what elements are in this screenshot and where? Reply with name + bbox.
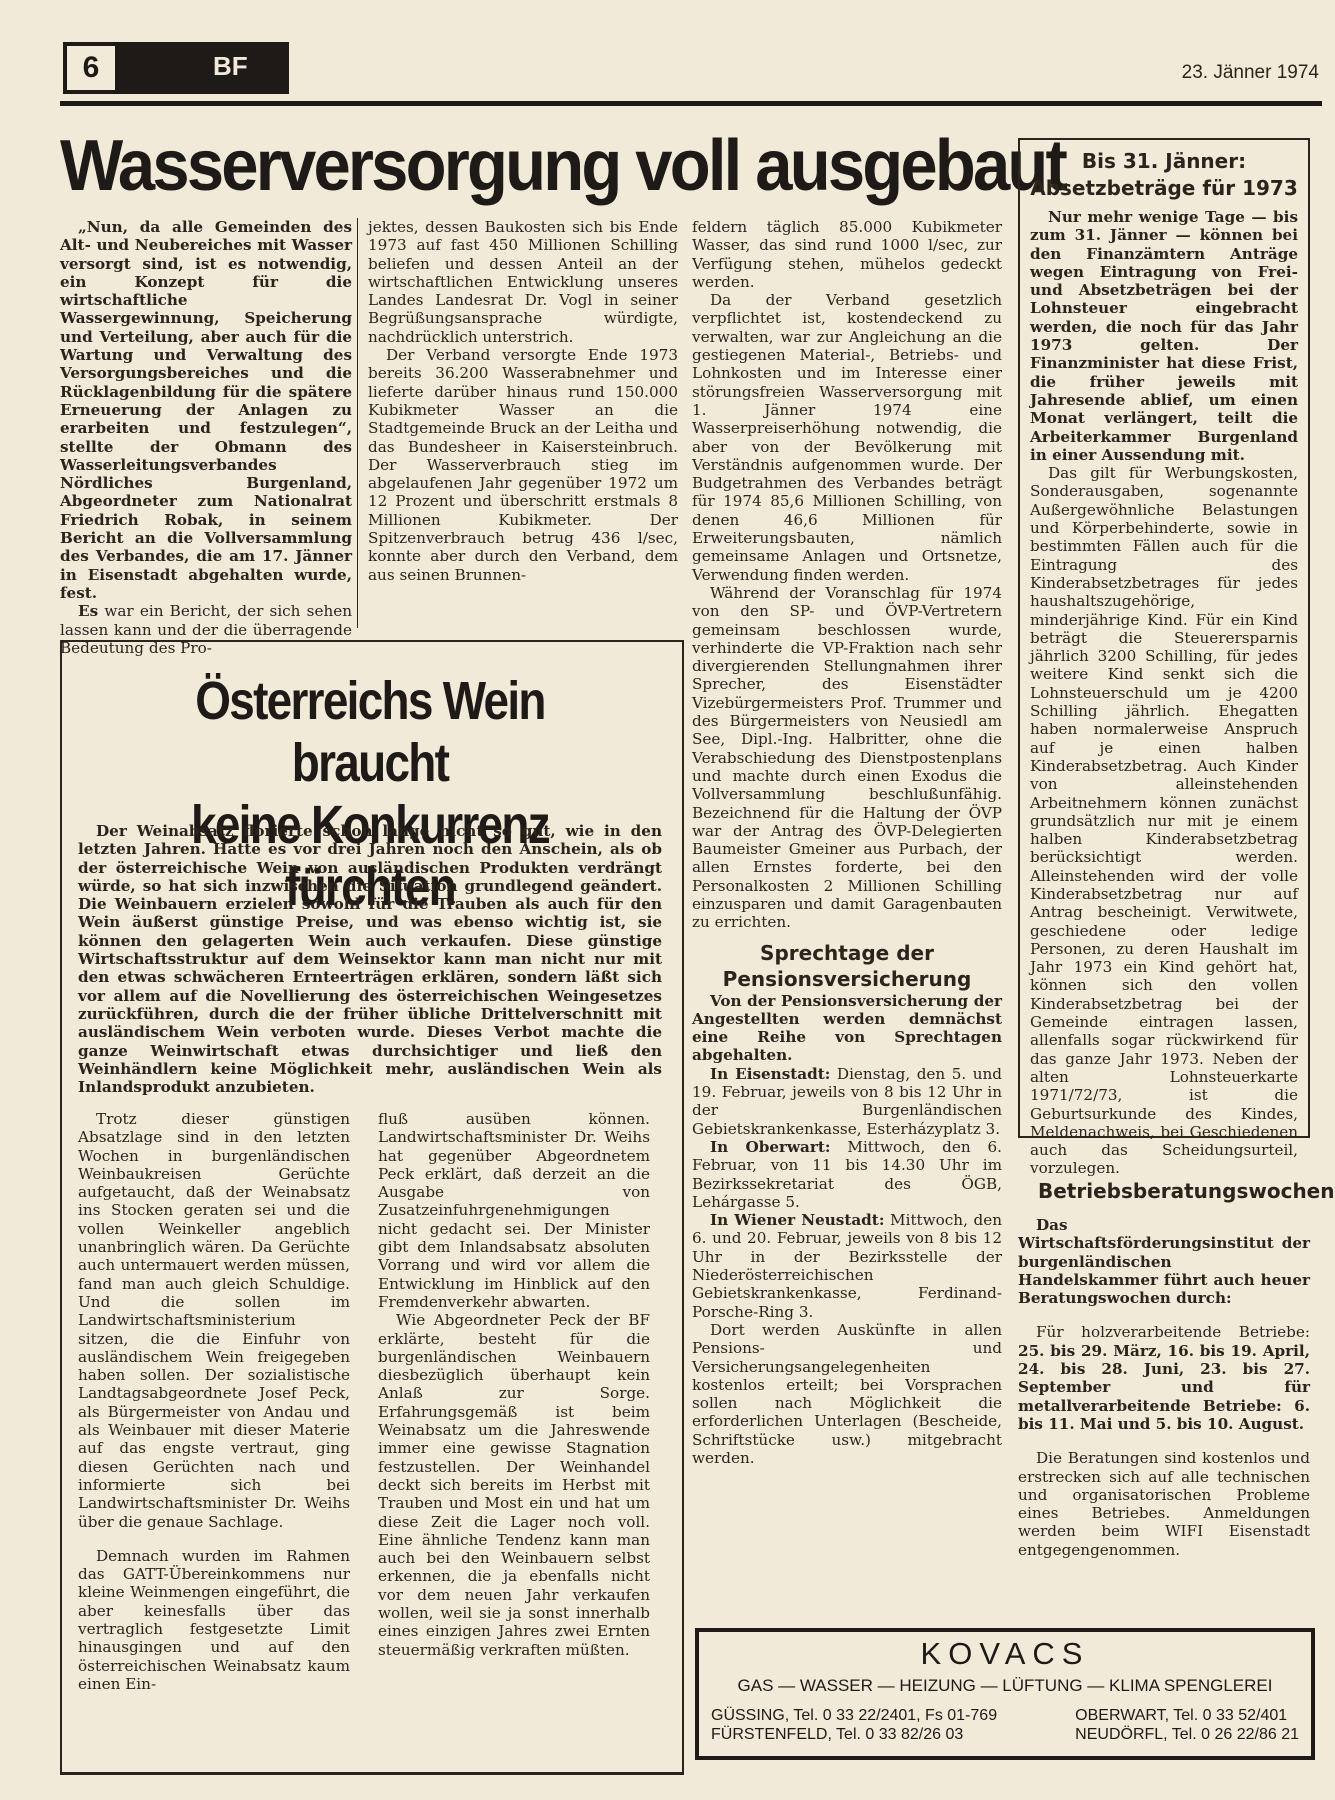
wine-article-col2: fluß ausüben können. Landwirtschaftsmini… [378, 1110, 650, 1659]
pension-entry-eisenstadt: In Eisenstadt: Dienstag, den 5. und 19. … [692, 1065, 1002, 1138]
tax-article-lead: Nur mehr wenige Tage — bis zum 31. Jänne… [1030, 208, 1298, 464]
wine-article-paragraph: Wie Abgeordneter Peck der BF erklärte, b… [378, 1311, 650, 1659]
water-article-paragraph: Da der Verband gesetzlich verpflichtet i… [692, 291, 1002, 584]
consulting-article-lead: Das Wirtschaftsförderungsinstitut der bu… [1018, 1216, 1310, 1307]
water-article-col2: jektes, dessen Baukosten sich bis Ende 1… [368, 218, 678, 584]
wine-article-paragraph: fluß ausüben können. Landwirtschaftsmini… [378, 1110, 650, 1311]
ad-contacts-left: GÜSSING, Tel. 0 33 22/2401, Fs 01-769 FÜ… [711, 1706, 997, 1744]
consulting-schedule: Für holzverarbeitende Betriebe: 25. bis … [1018, 1323, 1310, 1433]
column-divider [357, 218, 358, 628]
water-article-paragraph: jektes, dessen Baukosten sich bis Ende 1… [368, 218, 678, 346]
masthead-rule [60, 101, 1322, 106]
ad-contacts-right: OBERWART, Tel. 0 33 52/401 NEUDÖRFL, Tel… [1075, 1706, 1299, 1744]
consulting-article-headline: Betriebsberatungswochen [1018, 1178, 1310, 1204]
publication-name: BF [213, 44, 248, 88]
water-article-paragraph: Der Verband versorgte Ende 1973 bereits … [368, 346, 678, 584]
kovacs-advertisement: KOVACS GAS — WASSER — HEIZUNG — LÜFTUNG … [695, 1628, 1315, 1760]
water-article-paragraph: feldern täglich 85.000 Kubikmeter Wasser… [692, 218, 1002, 291]
wine-article-paragraph: Trotz dieser günstigen Absatzlage sind i… [78, 1110, 350, 1531]
wine-article-lead: Der Weinabsatz florierte schon lange nic… [78, 822, 662, 1096]
page-number: 6 [65, 44, 117, 92]
ad-services: GAS — WASSER — HEIZUNG — LÜFTUNG — KLIMA… [699, 1676, 1311, 1696]
issue-date: 23. Jänner 1974 [1182, 62, 1319, 84]
ad-brand-name: KOVACS [699, 1636, 1311, 1672]
water-article-col1: „Nun, da alle Gemeinden des Alt- und Neu… [60, 218, 352, 657]
consulting-article-closing: Die Beratungen sind kostenlos und erstre… [1018, 1449, 1310, 1559]
tax-article-body: Das gilt für Werbungskosten, Sonderausga… [1030, 464, 1298, 1178]
consulting-article: Betriebsberatungswochen Das Wirtschaftsf… [1018, 1178, 1310, 1559]
water-article-lead: „Nun, da alle Gemeinden des Alt- und Neu… [60, 218, 352, 602]
pension-article-headline: Sprechtage der Pensionsversicherung [692, 940, 1002, 992]
wine-article-paragraph: Demnach wurden im Rahmen das GATT-Überei… [78, 1547, 350, 1693]
wine-article-col1: Trotz dieser günstigen Absatzlage sind i… [78, 1110, 350, 1693]
page-masthead: 6 BF [63, 42, 289, 94]
tax-article-headline: Bis 31. Jänner: Absetzbeträge für 1973 [1030, 148, 1298, 202]
pension-article-lead: Von der Pensionsversicherung der Angeste… [692, 992, 1002, 1065]
water-article-col3: feldern täglich 85.000 Kubikmeter Wasser… [692, 218, 1002, 1467]
water-article-headline: Wasserversorgung voll ausgebaut [60, 128, 934, 204]
pension-article-closing: Dort werden Auskünfte in allen Pensions-… [692, 1321, 1002, 1467]
water-article-paragraph: Während der Voranschlag für 1974 von den… [692, 584, 1002, 932]
ad-contacts: GÜSSING, Tel. 0 33 22/2401, Fs 01-769 FÜ… [699, 1706, 1311, 1744]
tax-article-box: Bis 31. Jänner: Absetzbeträge für 1973 N… [1018, 138, 1310, 1138]
pension-entry-oberwart: In Oberwart: Mittwoch, den 6. Februar, v… [692, 1138, 1002, 1211]
pension-entry-wiener-neustadt: In Wiener Neustadt: Mittwoch, den 6. und… [692, 1211, 1002, 1321]
